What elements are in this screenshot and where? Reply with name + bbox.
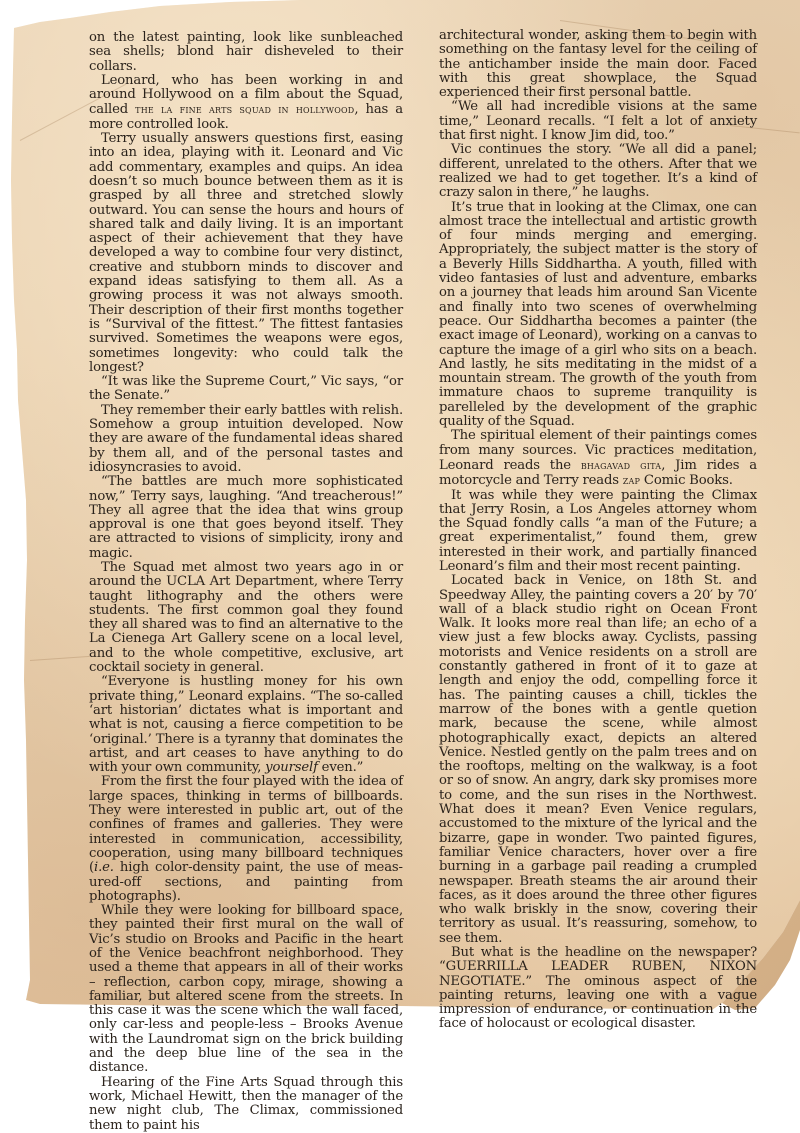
paragraph-text: high color-density paint, the use of mea… bbox=[89, 860, 403, 904]
right-column: architectural wonder, asking them to beg… bbox=[439, 29, 757, 1014]
article-paragraph: “Everyone is hustling money for his own … bbox=[89, 675, 403, 775]
article-paragraph: architectural wonder, asking them to beg… bbox=[439, 29, 757, 100]
article-paragraph: The Squad met almost two years ago in or… bbox=[89, 561, 403, 675]
paragraph-text: “We all had incredible visions at the sa… bbox=[439, 99, 757, 143]
paragraph-text: even.” bbox=[318, 760, 363, 775]
article-paragraph: From the first the four played with the … bbox=[89, 775, 403, 904]
paragraph-text: But what is the headline on the newspape… bbox=[439, 945, 757, 1014]
article-body: on the latest painting, look like sunble… bbox=[0, 0, 800, 1014]
article-paragraph: Terry usually answers questions first, e… bbox=[89, 132, 403, 375]
article-paragraph: The spiritual element of their paintings… bbox=[439, 429, 757, 488]
scanned-magazine-page: on the latest painting, look like sunble… bbox=[0, 0, 800, 1014]
left-column: on the latest painting, look like sunble… bbox=[89, 31, 403, 1014]
article-paragraph: “We all had incredible visions at the sa… bbox=[439, 100, 757, 143]
paragraph-text: “The battles are much more sophisticated… bbox=[89, 474, 403, 560]
paragraph-text: The Squad met almost two years ago in or… bbox=[89, 560, 403, 675]
article-paragraph: While they were looking for billboard sp… bbox=[89, 904, 403, 1014]
paragraph-text: “It was like the Supreme Court,” Vic say… bbox=[89, 374, 403, 403]
paragraph-text: Located back in Venice, on 18th St. and … bbox=[439, 573, 757, 945]
article-paragraph: Leonard, who has been working in and aro… bbox=[89, 74, 403, 132]
article-paragraph: Vic continues the story. “We all did a p… bbox=[439, 143, 757, 200]
article-paragraph: “The battles are much more sophisticated… bbox=[89, 475, 403, 561]
article-paragraph: It was while they were painting the Clim… bbox=[439, 489, 757, 575]
article-paragraph: They remember their early battles with r… bbox=[89, 404, 403, 475]
title-reference: Bhagavad Gita bbox=[581, 458, 661, 472]
emphasis-text: i.e. bbox=[94, 860, 114, 875]
title-reference: Zap bbox=[623, 473, 640, 487]
article-paragraph: Located back in Venice, on 18th St. and … bbox=[439, 574, 757, 946]
article-paragraph: It’s true that in looking at the Climax,… bbox=[439, 201, 757, 430]
paragraph-text: Comic Books. bbox=[640, 473, 733, 488]
emphasis-text: yourself bbox=[265, 760, 318, 775]
paragraph-text: Vic continues the story. “We all did a p… bbox=[439, 142, 757, 200]
paragraph-text: It was while they were painting the Clim… bbox=[439, 488, 757, 574]
paragraph-text: on the latest painting, look like sunble… bbox=[89, 30, 403, 74]
paragraph-text: It’s true that in looking at the Climax,… bbox=[439, 200, 757, 429]
paragraph-text: While they were looking for billboard sp… bbox=[89, 903, 403, 1014]
article-paragraph: on the latest painting, look like sunble… bbox=[89, 31, 403, 74]
paragraph-text: They remember their early battles with r… bbox=[89, 403, 403, 475]
title-reference: The LA Fine Arts Squad in Hollywood bbox=[135, 102, 354, 116]
paragraph-text: architectural wonder, asking them to beg… bbox=[439, 28, 757, 100]
paragraph-text: Terry usually answers questions first, e… bbox=[89, 131, 403, 375]
article-paragraph: “It was like the Supreme Court,” Vic say… bbox=[89, 375, 403, 404]
article-paragraph: But what is the headline on the newspape… bbox=[439, 946, 757, 1014]
